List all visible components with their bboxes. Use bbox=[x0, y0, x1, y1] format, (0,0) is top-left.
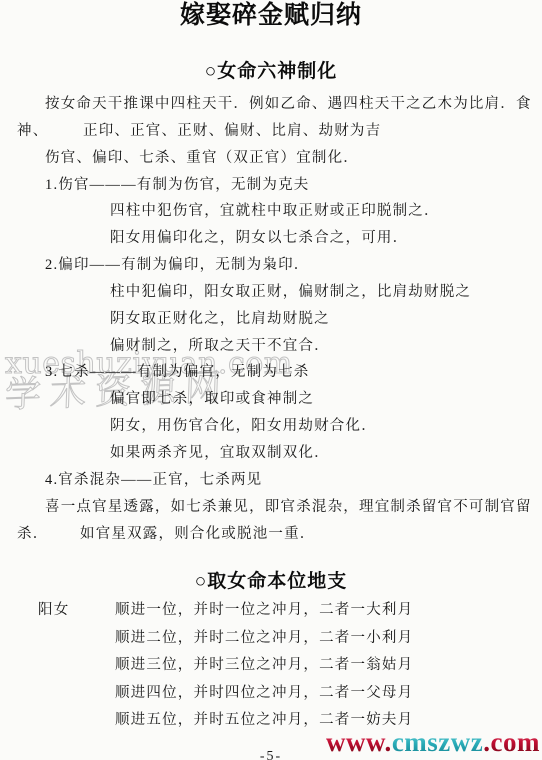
body-line-text: 喜一点官星透露，如七杀兼见，即官杀混杂，理宜制杀留官不可制官留 bbox=[45, 499, 532, 515]
body-line: 4.官杀混杂——正官，七杀两见 bbox=[0, 467, 542, 494]
body-line: 伤官、偏印、七杀、重官（双正官）宜制化． bbox=[0, 145, 542, 172]
section-2-body: 阳女顺进一位，并时一位之冲月，二者一大利月 顺进二位，并时二位之冲月，二者一小利… bbox=[0, 597, 542, 735]
body-line-text: 顺进五位，并时五位之冲月，二者一妨夫月 bbox=[115, 712, 413, 728]
body-line-text: 2.偏印——有制为偏印，无制为枭印． bbox=[45, 257, 309, 273]
body-line-text: 顺进四位，并时四位之冲月，二者一父母月 bbox=[115, 685, 413, 701]
body-line: 顺进三位，并时三位之冲月，二者一翁姑月 bbox=[0, 652, 542, 680]
body-line: 阴女，用伤官合化，阳女用劫财合化． bbox=[0, 413, 542, 440]
body-line: 阳女用偏印化之，阴女以七杀合之，可用． bbox=[0, 225, 542, 252]
body-line: 偏财制之，所取之天干不宜合． bbox=[0, 333, 542, 360]
body-line: 按女命天干推课中四柱天干．例如乙命、遇四柱天干之乙木为比肩．食 bbox=[0, 91, 542, 118]
watermark-site-url: www.cmszwz.com bbox=[326, 728, 540, 757]
body-line: 喜一点官星透露，如七杀兼见，即官杀混杂，理宜制杀留官不可制官留 bbox=[0, 494, 542, 521]
body-line: 柱中犯偏印，阳女取正财，偏财制之，比肩劫财脱之 bbox=[0, 279, 542, 306]
body-line-text: 顺进二位，并时二位之冲月，二者一小利月 bbox=[115, 630, 413, 646]
body-line: 偏官即七杀，取印或食神制之 bbox=[0, 386, 542, 413]
body-line-text: 按女命天干推课中四柱天干．例如乙命、遇四柱天干之乙木为比肩．食 bbox=[45, 96, 532, 112]
body-line-lead: 神、 bbox=[17, 118, 83, 145]
body-line-text: 四柱中犯伤官，宜就柱中取正财或正印脱制之． bbox=[110, 203, 440, 219]
body-line: 1.伤官———有制为伤官，无制为克夫 bbox=[0, 172, 542, 199]
body-line-text: 阴女取正财化之，比肩劫财脱之 bbox=[110, 311, 330, 327]
watermark-url-tld: .com bbox=[483, 727, 540, 757]
body-line: 3.七杀———有制为偏官，无制为七杀 bbox=[0, 359, 542, 386]
watermark-url-domain: cmszwz bbox=[392, 727, 483, 757]
section-heading-2: ○取女命本位地支 bbox=[0, 569, 542, 595]
body-line-text: 伤官、偏印、七杀、重官（双正官）宜制化． bbox=[45, 150, 359, 166]
section-1-body: 按女命天干推课中四柱天干．例如乙命、遇四柱天干之乙木为比肩．食 神、正印、正官、… bbox=[0, 91, 542, 547]
body-line: 2.偏印——有制为偏印，无制为枭印． bbox=[0, 252, 542, 279]
body-line-text: 如果两杀齐见，宜取双制双化． bbox=[110, 445, 330, 461]
body-line-text: 柱中犯偏印，阳女取正财，偏财制之，比肩劫财脱之 bbox=[110, 284, 471, 300]
body-line-text: 阴女，用伤官合化，阳女用劫财合化． bbox=[110, 418, 377, 434]
body-line-lead: 阳女 bbox=[38, 597, 115, 625]
body-line-text: 顺进三位，并时三位之冲月，二者一翁姑月 bbox=[115, 657, 413, 673]
body-line: 四柱中犯伤官，宜就柱中取正财或正印脱制之． bbox=[0, 198, 542, 225]
body-line-text: 1.伤官———有制为伤官，无制为克夫 bbox=[45, 177, 309, 193]
body-line: 杀．如官星双露，则合化或脱池一重． bbox=[0, 521, 542, 548]
body-line-text: 顺进一位，并时一位之冲月，二者一大利月 bbox=[115, 602, 413, 618]
watermark-url-www: www. bbox=[326, 727, 392, 757]
body-line-lead: 杀． bbox=[17, 521, 80, 548]
body-line: 如果两杀齐见，宜取双制双化． bbox=[0, 440, 542, 467]
body-line: 阴女取正财化之，比肩劫财脱之 bbox=[0, 306, 542, 333]
body-line: 顺进二位，并时二位之冲月，二者一小利月 bbox=[0, 625, 542, 653]
body-line-text: 正印、正官、正财、偏财、比肩、劫财为吉 bbox=[83, 123, 381, 139]
page-title: 嫁娶碎金赋归纳 bbox=[0, 1, 542, 29]
body-line-text: 3.七杀———有制为偏官，无制为七杀 bbox=[45, 364, 309, 380]
section-heading-1: ○女命六神制化 bbox=[0, 59, 542, 85]
body-line-text: 如官星双露，则合化或脱池一重． bbox=[80, 526, 316, 542]
body-line-text: 偏财制之，所取之天干不宜合． bbox=[110, 338, 330, 354]
body-line: 顺进四位，并时四位之冲月，二者一父母月 bbox=[0, 680, 542, 708]
body-line-text: 4.官杀混杂——正官，七杀两见 bbox=[45, 472, 262, 488]
body-line-text: 偏官即七杀，取印或食神制之 bbox=[110, 391, 314, 407]
scanned-document-page: xueshuziyuan.com 学术资源网 嫁娶碎金赋归纳 ○女命六神制化 按… bbox=[0, 0, 542, 760]
body-line-text: 阳女用偏印化之，阴女以七杀合之，可用． bbox=[110, 230, 408, 246]
body-line: 阳女顺进一位，并时一位之冲月，二者一大利月 bbox=[0, 597, 542, 625]
body-line: 神、正印、正官、正财、偏财、比肩、劫财为吉 bbox=[0, 118, 542, 145]
